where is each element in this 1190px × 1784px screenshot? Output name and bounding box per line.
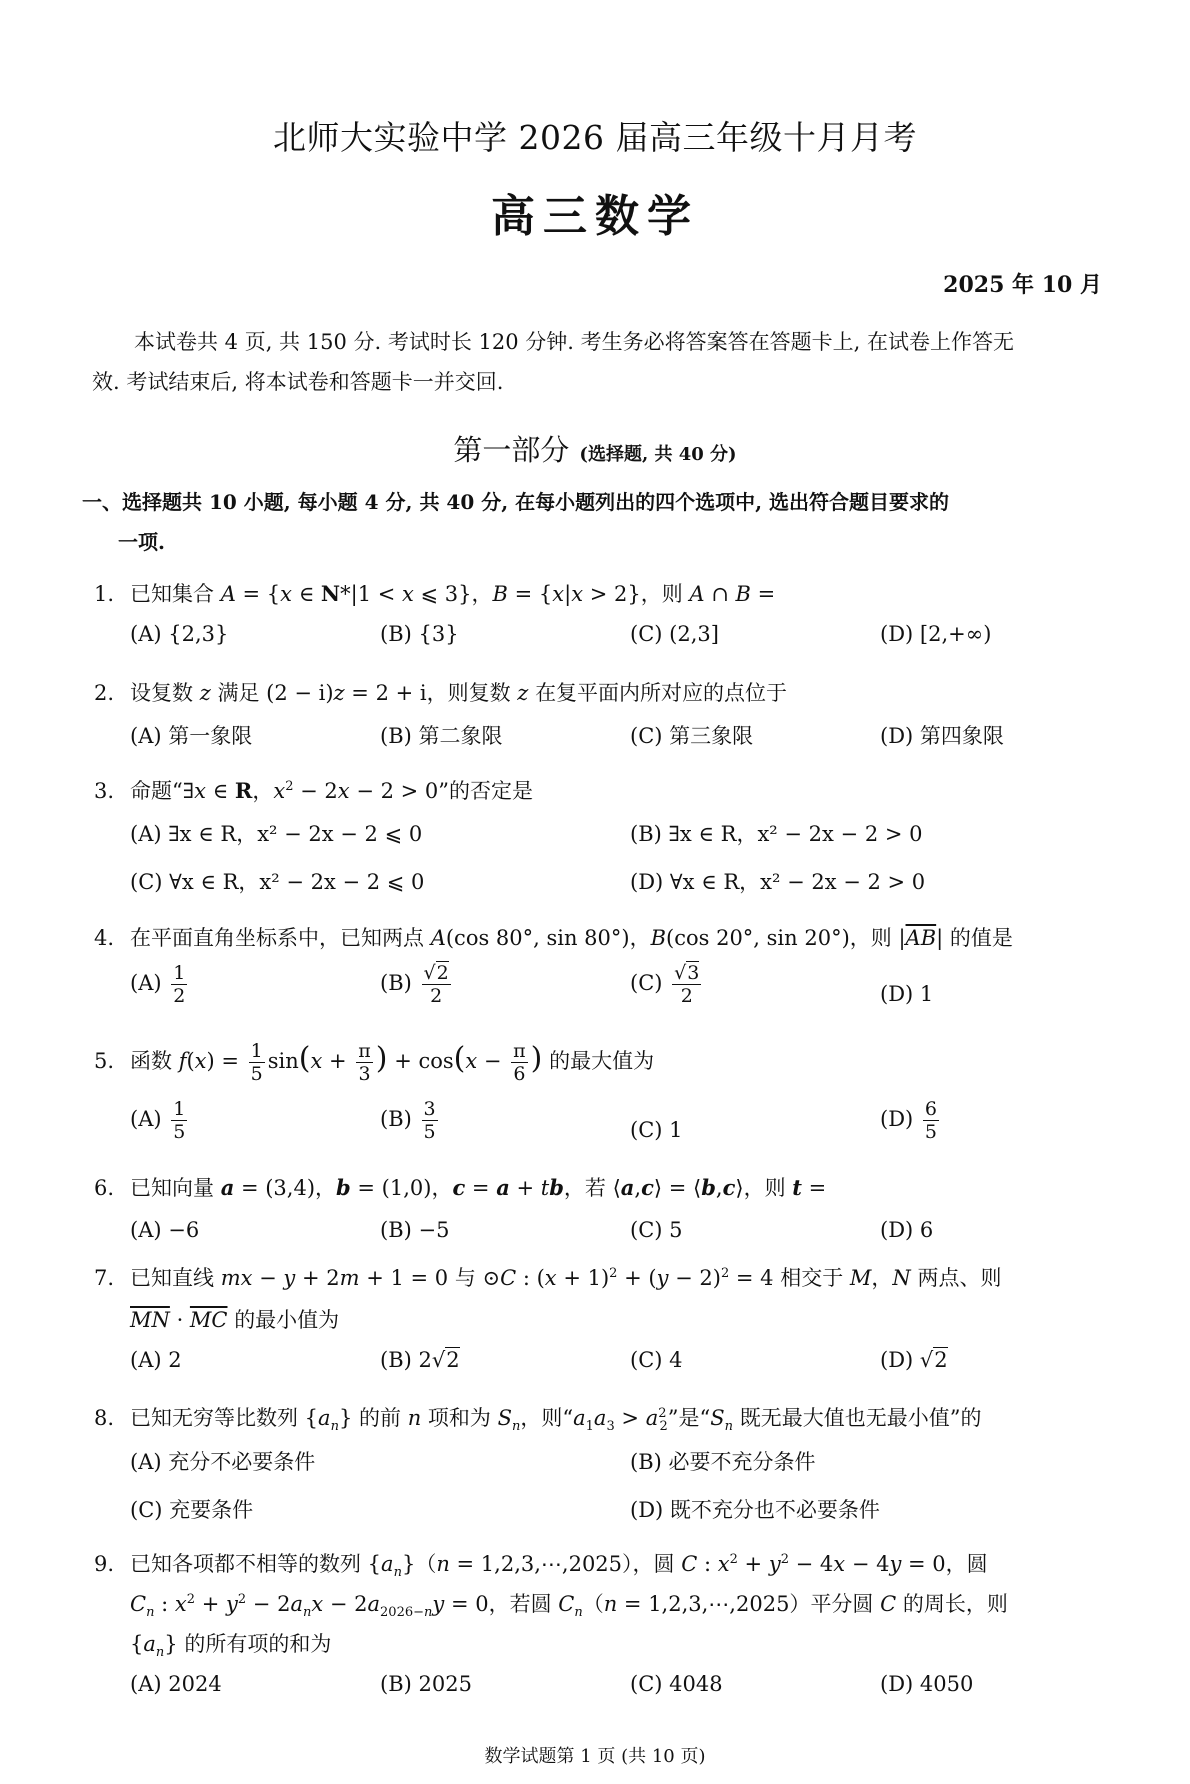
- q6-option-b[interactable]: (B) −5: [380, 1218, 449, 1242]
- q3-option-c[interactable]: (C) ∀x ∈ R，x² − 2x − 2 ⩽ 0: [130, 866, 424, 896]
- q5-option-a[interactable]: (A) 15: [130, 1098, 190, 1143]
- question-5-stem: 5.函数 f(x) = 15sin(x + π3) + cos(x − π6) …: [94, 1040, 654, 1085]
- question-6-stem: 6.已知向量 a = (3,4)，b = (1,0)，c = a + tb，若 …: [94, 1172, 826, 1202]
- q4-option-a[interactable]: (A) 12: [130, 962, 190, 1007]
- question-4-stem: 4.在平面直角坐标系中，已知两点 A(cos 80°, sin 80°)，B(c…: [94, 922, 1013, 952]
- question-7-stem-line-1: 7.已知直线 mx − y + 2m + 1 = 0 与 ⊙C : (x + 1…: [94, 1262, 1001, 1292]
- q8-option-a[interactable]: (A) 充分不必要条件: [130, 1446, 315, 1476]
- q1-option-b[interactable]: (B) {3}: [380, 622, 459, 646]
- exam-page: 北师大实验中学 2026 届高三年级十月月考 高三数学 2025 年 10 月 …: [0, 0, 1190, 1784]
- q7-option-d[interactable]: (D) √2: [880, 1348, 948, 1372]
- q1-option-a[interactable]: (A) {2,3}: [130, 622, 228, 646]
- question-9-stem-line-1: 9.已知各项都不相等的数列 {an}（n = 1,2,3,⋯,2025），圆 C…: [94, 1548, 988, 1580]
- q6-option-d[interactable]: (D) 6: [880, 1218, 933, 1242]
- q4-option-c[interactable]: (C) √32: [630, 962, 704, 1007]
- q9-option-d[interactable]: (D) 4050: [880, 1672, 973, 1696]
- question-8-stem: 8.已知无穷等比数列 {an} 的前 n 项和为 Sn，则“a1a3 > a22…: [94, 1402, 981, 1434]
- q5-option-b[interactable]: (B) 35: [380, 1098, 441, 1143]
- q8-option-c[interactable]: (C) 充要条件: [130, 1494, 253, 1524]
- instructions-line-2: 效. 考试结束后, 将本试卷和答题卡一并交回.: [92, 362, 1102, 402]
- q3-option-a[interactable]: (A) ∃x ∈ R，x² − 2x − 2 ⩽ 0: [130, 818, 422, 848]
- q9-option-a[interactable]: (A) 2024: [130, 1672, 222, 1696]
- q7-option-b[interactable]: (B) 2√2: [380, 1348, 460, 1372]
- q7-option-c[interactable]: (C) 4: [630, 1348, 683, 1372]
- q1-option-c[interactable]: (C) (2,3]: [630, 622, 719, 646]
- q2-option-d[interactable]: (D) 第四象限: [880, 720, 1004, 750]
- q6-option-c[interactable]: (C) 5: [630, 1218, 683, 1242]
- question-1-stem: 1.已知集合 A = {x ∈ N*|1 < x ⩽ 3}，B = {x|x >…: [94, 578, 775, 608]
- q2-option-a[interactable]: (A) 第一象限: [130, 720, 252, 750]
- q4-option-b[interactable]: (B) √22: [380, 962, 454, 1007]
- subject-title: 高三数学: [0, 180, 1190, 244]
- q2-option-c[interactable]: (C) 第三象限: [630, 720, 753, 750]
- q5-option-c[interactable]: (C) 1: [630, 1118, 683, 1142]
- q5-option-d[interactable]: (D) 65: [880, 1098, 942, 1143]
- part-heading: 第一部分(选择题, 共 40 分): [0, 428, 1190, 469]
- section-heading-line-1: 一、选择题共 10 小题, 每小题 4 分, 共 40 分, 在每小题列出的四个…: [82, 482, 1102, 522]
- question-3-stem: 3.命题“∃x ∈ R，x2 − 2x − 2 > 0”的否定是: [94, 775, 533, 805]
- q9-option-b[interactable]: (B) 2025: [380, 1672, 472, 1696]
- part-title: 第一部分: [453, 433, 569, 467]
- q3-option-b[interactable]: (B) ∃x ∈ R，x² − 2x − 2 > 0: [630, 818, 922, 848]
- q2-option-b[interactable]: (B) 第二象限: [380, 720, 503, 750]
- page-footer: 数学试题第 1 页 (共 10 页): [0, 1742, 1190, 1768]
- question-2-stem: 2.设复数 z 满足 (2 − i)z = 2 + i，则复数 z 在复平面内所…: [94, 677, 787, 707]
- q8-option-d[interactable]: (D) 既不充分也不必要条件: [630, 1494, 880, 1524]
- q3-option-d[interactable]: (D) ∀x ∈ R，x² − 2x − 2 > 0: [630, 866, 925, 896]
- section-heading-line-2: 一项.: [118, 522, 1138, 562]
- question-7-stem-line-2: MN · MC 的最小值为: [130, 1304, 339, 1334]
- exam-title: 北师大实验中学 2026 届高三年级十月月考: [0, 112, 1190, 159]
- q8-option-b[interactable]: (B) 必要不充分条件: [630, 1446, 816, 1476]
- question-9-stem-line-3: {an} 的所有项的和为: [130, 1628, 331, 1660]
- question-9-stem-line-2: Cn : x2 + y2 − 2anx − 2a2026−ny = 0，若圆 C…: [130, 1588, 1008, 1620]
- q6-option-a[interactable]: (A) −6: [130, 1218, 199, 1242]
- instructions-line-1: 本试卷共 4 页, 共 150 分. 考试时长 120 分钟. 考生务必将答案答…: [92, 322, 1102, 362]
- exam-date: 2025 年 10 月: [943, 268, 1102, 299]
- q4-option-d[interactable]: (D) 1: [880, 982, 933, 1006]
- q1-option-d[interactable]: (D) [2,+∞): [880, 622, 991, 646]
- q9-option-c[interactable]: (C) 4048: [630, 1672, 723, 1696]
- q7-option-a[interactable]: (A) 2: [130, 1348, 182, 1372]
- part-subtitle: (选择题, 共 40 分): [579, 444, 736, 465]
